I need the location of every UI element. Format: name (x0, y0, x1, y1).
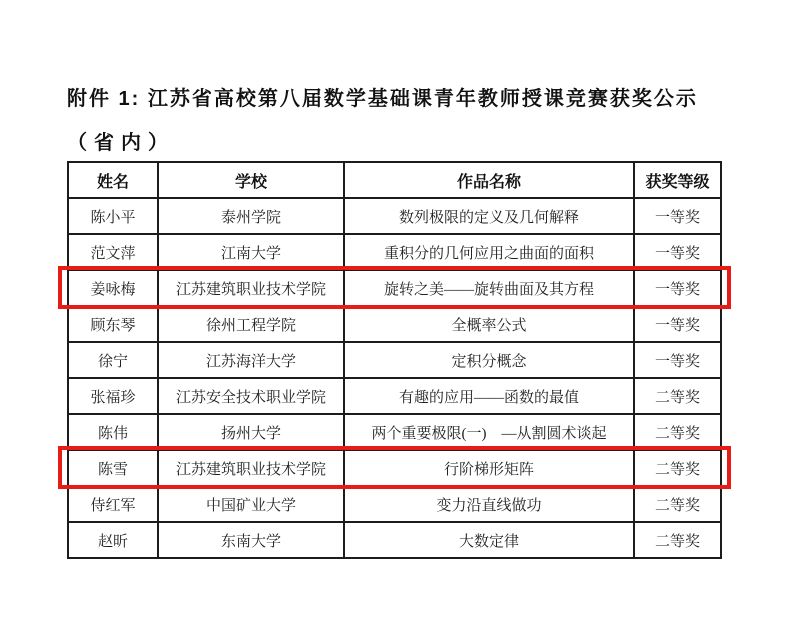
cell-award: 一等奖 (634, 270, 721, 306)
cell-name: 张福珍 (68, 378, 158, 414)
cell-award: 二等奖 (634, 414, 721, 450)
column-header-name: 姓名 (68, 162, 158, 198)
cell-name: 陈伟 (68, 414, 158, 450)
cell-award: 一等奖 (634, 306, 721, 342)
cell-school: 泰州学院 (158, 198, 344, 234)
cell-name: 陈雪 (68, 450, 158, 486)
table-row: 陈伟 扬州大学 两个重要极限(一) —从割圆术谈起 二等奖 (68, 414, 721, 450)
cell-name: 徐宁 (68, 342, 158, 378)
table-header-row: 姓名 学校 作品名称 获奖等级 (68, 162, 721, 198)
column-header-award: 获奖等级 (634, 162, 721, 198)
cell-name: 顾东琴 (68, 306, 158, 342)
cell-work: 定积分概念 (344, 342, 634, 378)
table-row: 范文萍 江南大学 重积分的几何应用之曲面的面积 一等奖 (68, 234, 721, 270)
awards-table: 姓名 学校 作品名称 获奖等级 陈小平 泰州学院 数列极限的定义及几何解释 一等… (67, 161, 722, 559)
cell-name: 姜咏梅 (68, 270, 158, 306)
table-row: 姜咏梅 江苏建筑职业技术学院 旋转之美——旋转曲面及其方程 一等奖 (68, 270, 721, 306)
cell-work: 大数定律 (344, 522, 634, 558)
table-row: 顾东琴 徐州工程学院 全概率公式 一等奖 (68, 306, 721, 342)
cell-award: 一等奖 (634, 234, 721, 270)
table-row: 陈小平 泰州学院 数列极限的定义及几何解释 一等奖 (68, 198, 721, 234)
cell-school: 扬州大学 (158, 414, 344, 450)
cell-school: 江苏建筑职业技术学院 (158, 450, 344, 486)
cell-name: 赵昕 (68, 522, 158, 558)
cell-school: 江苏建筑职业技术学院 (158, 270, 344, 306)
cell-work: 重积分的几何应用之曲面的面积 (344, 234, 634, 270)
cell-school: 中国矿业大学 (158, 486, 344, 522)
cell-work: 行阶梯形矩阵 (344, 450, 634, 486)
awards-table-wrap: 姓名 学校 作品名称 获奖等级 陈小平 泰州学院 数列极限的定义及几何解释 一等… (67, 161, 722, 559)
table-row: 赵昕 东南大学 大数定律 二等奖 (68, 522, 721, 558)
cell-work: 两个重要极限(一) —从割圆术谈起 (344, 414, 634, 450)
cell-school: 江苏海洋大学 (158, 342, 344, 378)
cell-school: 江苏安全技术职业学院 (158, 378, 344, 414)
column-header-work: 作品名称 (344, 162, 634, 198)
cell-work: 全概率公式 (344, 306, 634, 342)
cell-award: 二等奖 (634, 522, 721, 558)
page-subtitle: （省内） (67, 126, 175, 155)
cell-work: 有趣的应用——函数的最值 (344, 378, 634, 414)
column-header-school: 学校 (158, 162, 344, 198)
cell-award: 二等奖 (634, 378, 721, 414)
page-title: 附件 1: 江苏省高校第八届数学基础课青年教师授课竞赛获奖公示 (67, 82, 698, 111)
cell-award: 二等奖 (634, 486, 721, 522)
cell-school: 徐州工程学院 (158, 306, 344, 342)
document-page: 附件 1: 江苏省高校第八届数学基础课青年教师授课竞赛获奖公示 （省内） 姓名 … (0, 0, 798, 639)
cell-school: 江南大学 (158, 234, 344, 270)
table-row: 陈雪 江苏建筑职业技术学院 行阶梯形矩阵 二等奖 (68, 450, 721, 486)
cell-name: 陈小平 (68, 198, 158, 234)
cell-award: 一等奖 (634, 342, 721, 378)
table-row: 徐宁 江苏海洋大学 定积分概念 一等奖 (68, 342, 721, 378)
table-body: 陈小平 泰州学院 数列极限的定义及几何解释 一等奖 范文萍 江南大学 重积分的几… (68, 198, 721, 558)
table-row: 张福珍 江苏安全技术职业学院 有趣的应用——函数的最值 二等奖 (68, 378, 721, 414)
cell-award: 二等奖 (634, 450, 721, 486)
cell-work: 数列极限的定义及几何解释 (344, 198, 634, 234)
cell-name: 范文萍 (68, 234, 158, 270)
cell-name: 侍红军 (68, 486, 158, 522)
table-row: 侍红军 中国矿业大学 变力沿直线做功 二等奖 (68, 486, 721, 522)
cell-work: 变力沿直线做功 (344, 486, 634, 522)
cell-school: 东南大学 (158, 522, 344, 558)
cell-award: 一等奖 (634, 198, 721, 234)
cell-work: 旋转之美——旋转曲面及其方程 (344, 270, 634, 306)
